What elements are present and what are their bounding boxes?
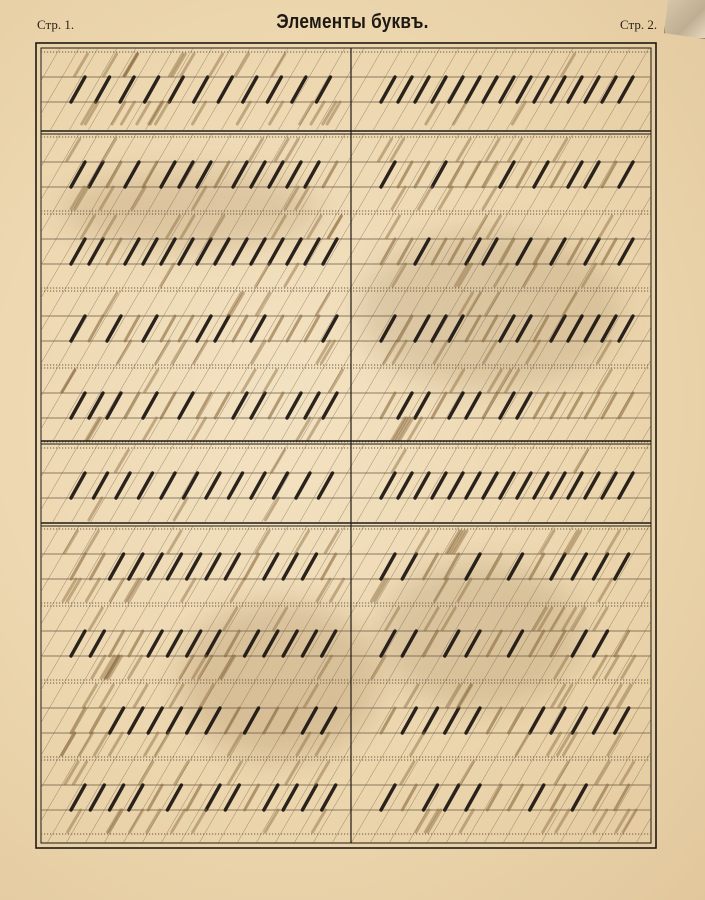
pen-stroke — [568, 77, 582, 102]
faded-practice-stroke — [265, 810, 278, 832]
pen-stroke — [487, 631, 501, 656]
pen-stroke — [466, 316, 480, 341]
pen-stroke — [319, 473, 333, 498]
pen-stroke — [179, 239, 193, 264]
pen-stroke — [615, 631, 629, 656]
pen-stroke — [483, 162, 497, 187]
faded-practice-stroke — [193, 418, 206, 440]
pen-stroke — [107, 393, 121, 418]
faded-practice-stroke — [193, 102, 206, 124]
pen-stroke — [568, 473, 582, 498]
pen-stroke — [302, 631, 316, 656]
pen-stroke — [129, 631, 143, 656]
faded-practice-stroke — [181, 216, 194, 238]
pen-stroke — [381, 554, 395, 579]
faded-practice-stroke — [606, 531, 619, 553]
pen-stroke — [517, 77, 531, 102]
pen-stroke — [381, 162, 395, 187]
faded-practice-stroke — [583, 264, 596, 286]
pen-stroke — [424, 631, 438, 656]
pen-stroke — [585, 316, 599, 341]
pen-stroke — [432, 473, 446, 498]
pen-stroke — [169, 77, 183, 102]
pen-stroke — [206, 708, 220, 733]
pen-stroke — [283, 631, 297, 656]
pen-stroke — [71, 316, 85, 341]
faded-practice-stroke — [236, 54, 249, 76]
pen-stroke — [120, 77, 134, 102]
faded-practice-stroke — [132, 187, 145, 209]
pen-stroke — [483, 473, 497, 498]
pen-stroke — [424, 785, 438, 810]
pen-stroke — [572, 785, 586, 810]
pen-stroke — [283, 785, 297, 810]
pen-stroke — [110, 708, 124, 733]
pen-stroke — [602, 162, 616, 187]
pen-stroke — [585, 393, 599, 418]
faded-practice-stroke — [85, 531, 98, 553]
pen-stroke — [148, 785, 162, 810]
faded-practice-stroke — [220, 656, 233, 678]
pen-stroke — [245, 785, 259, 810]
pen-stroke — [398, 393, 412, 418]
faded-practice-stroke — [623, 810, 636, 832]
faded-practice-stroke — [156, 733, 169, 755]
faded-practice-stroke — [180, 656, 193, 678]
faded-practice-stroke — [172, 341, 185, 363]
pen-stroke — [619, 393, 633, 418]
pen-stroke — [487, 708, 501, 733]
faded-practice-stroke — [129, 656, 142, 678]
pen-stroke — [602, 393, 616, 418]
pen-stroke — [251, 473, 265, 498]
pen-stroke — [125, 393, 139, 418]
pen-stroke — [466, 785, 480, 810]
pen-stroke — [292, 77, 306, 102]
pen-stroke — [302, 554, 316, 579]
pen-stroke — [148, 631, 162, 656]
faded-practice-stroke — [599, 579, 612, 601]
faded-practice-stroke — [272, 450, 285, 472]
faded-practice-stroke — [392, 450, 405, 472]
pen-stroke — [148, 554, 162, 579]
pen-stroke — [551, 316, 565, 341]
pen-stroke — [129, 708, 143, 733]
pen-stroke — [500, 77, 514, 102]
faded-practice-stroke — [237, 102, 250, 124]
pen-stroke — [245, 554, 259, 579]
faded-practice-stroke — [89, 608, 102, 630]
pen-stroke — [269, 162, 283, 187]
pen-stroke — [466, 473, 480, 498]
pen-stroke — [90, 554, 104, 579]
faded-practice-stroke — [555, 762, 568, 784]
pen-stroke — [305, 393, 319, 418]
faded-practice-stroke — [454, 102, 467, 124]
pen-stroke — [424, 708, 438, 733]
pen-stroke — [145, 77, 159, 102]
faded-practice-stroke — [426, 102, 439, 124]
faded-practice-stroke — [137, 102, 150, 124]
faded-practice-stroke — [483, 187, 496, 209]
faded-practice-stroke — [428, 810, 441, 832]
faded-practice-stroke — [161, 264, 174, 286]
pen-stroke — [415, 316, 429, 341]
faded-practice-stroke — [516, 733, 529, 755]
faded-practice-stroke — [325, 531, 338, 553]
pen-stroke — [251, 393, 265, 418]
pen-stroke — [143, 393, 157, 418]
pen-stroke — [225, 708, 239, 733]
pen-stroke — [449, 162, 463, 187]
pen-stroke — [402, 708, 416, 733]
faded-practice-stroke — [110, 579, 123, 601]
pen-stroke — [89, 393, 103, 418]
faded-practice-stroke — [128, 579, 141, 601]
pen-stroke — [225, 785, 239, 810]
pen-stroke — [161, 162, 175, 187]
pen-stroke — [415, 393, 429, 418]
pen-stroke — [534, 473, 548, 498]
faded-practice-stroke — [67, 139, 80, 161]
pen-stroke — [619, 239, 633, 264]
pen-stroke — [551, 554, 565, 579]
faded-practice-stroke — [598, 341, 611, 363]
pen-stroke — [381, 316, 395, 341]
pen-stroke — [233, 316, 247, 341]
pen-stroke — [568, 239, 582, 264]
pen-stroke — [71, 77, 85, 102]
pen-stroke — [551, 393, 565, 418]
pen-stroke — [194, 77, 208, 102]
pen-stroke — [602, 77, 616, 102]
faded-practice-stroke — [86, 579, 99, 601]
pen-stroke — [594, 554, 608, 579]
pen-stroke — [269, 393, 283, 418]
faded-practice-stroke — [145, 370, 158, 392]
pen-stroke — [148, 708, 162, 733]
pen-stroke — [251, 316, 265, 341]
pen-stroke — [466, 708, 480, 733]
pen-stroke — [398, 473, 412, 498]
faded-practice-stroke — [598, 370, 611, 392]
pen-stroke — [71, 393, 85, 418]
faded-practice-stroke — [486, 293, 499, 315]
faded-practice-stroke — [555, 656, 568, 678]
pen-stroke — [500, 393, 514, 418]
faded-practice-stroke — [621, 762, 634, 784]
pen-stroke — [264, 785, 278, 810]
pen-stroke — [206, 631, 220, 656]
pen-stroke — [187, 708, 201, 733]
pen-stroke — [551, 239, 565, 264]
faded-practice-stroke — [435, 579, 448, 601]
pen-stroke — [530, 554, 544, 579]
faded-practice-stroke — [103, 216, 116, 238]
faded-practice-stroke — [330, 370, 343, 392]
pen-stroke — [619, 77, 633, 102]
pen-stroke — [572, 631, 586, 656]
pen-stroke — [483, 77, 497, 102]
pen-stroke — [322, 708, 336, 733]
faded-practice-stroke — [224, 608, 237, 630]
pen-stroke — [534, 239, 548, 264]
faded-practice-stroke — [425, 608, 438, 630]
faded-practice-stroke — [487, 216, 500, 238]
pen-stroke — [167, 631, 181, 656]
pen-stroke — [197, 162, 211, 187]
pen-stroke — [449, 393, 463, 418]
faded-practice-stroke — [94, 733, 107, 755]
faded-practice-stroke — [143, 418, 156, 440]
faded-practice-stroke — [175, 762, 188, 784]
faded-practice-stroke — [104, 293, 117, 315]
pen-stroke — [305, 162, 319, 187]
faded-practice-stroke — [551, 608, 564, 630]
pen-stroke — [125, 162, 139, 187]
faded-practice-stroke — [386, 216, 399, 238]
pen-stroke — [509, 708, 523, 733]
pen-stroke — [197, 393, 211, 418]
pen-stroke — [551, 631, 565, 656]
pen-stroke — [466, 631, 480, 656]
pen-stroke — [90, 631, 104, 656]
faded-practice-stroke — [328, 216, 341, 238]
pen-stroke — [71, 554, 85, 579]
pen-stroke — [509, 631, 523, 656]
pen-stroke — [415, 162, 429, 187]
pen-stroke — [233, 239, 247, 264]
pen-stroke — [585, 239, 599, 264]
pen-stroke — [184, 473, 198, 498]
faded-practice-stroke — [231, 579, 244, 601]
pen-stroke — [381, 631, 395, 656]
pen-stroke — [110, 631, 124, 656]
pen-stroke — [107, 162, 121, 187]
faded-practice-stroke — [596, 762, 609, 784]
pen-stroke — [215, 393, 229, 418]
pen-stroke — [619, 473, 633, 498]
pen-stroke — [500, 162, 514, 187]
slant-guides — [0, 48, 705, 130]
pen-stroke — [615, 708, 629, 733]
faded-practice-stroke — [62, 370, 75, 392]
pen-stroke — [534, 393, 548, 418]
pen-stroke — [245, 631, 259, 656]
pen-stroke — [619, 162, 633, 187]
pen-stroke — [509, 554, 523, 579]
pen-stroke — [594, 708, 608, 733]
pen-stroke — [283, 554, 297, 579]
pen-stroke — [71, 785, 85, 810]
faded-practice-stroke — [313, 810, 326, 832]
faded-practice-stroke — [89, 498, 102, 520]
faded-practice-stroke — [193, 187, 206, 209]
faded-practice-stroke — [405, 685, 418, 707]
faded-practice-stroke — [556, 810, 569, 832]
pen-stroke — [302, 785, 316, 810]
pen-stroke — [415, 239, 429, 264]
pen-stroke — [530, 631, 544, 656]
pen-stroke — [322, 785, 336, 810]
faded-practice-stroke — [256, 264, 269, 286]
pen-stroke — [225, 631, 239, 656]
pen-stroke — [287, 393, 301, 418]
pen-stroke — [487, 785, 501, 810]
faded-practice-stroke — [256, 293, 269, 315]
faded-practice-stroke — [379, 139, 392, 161]
pen-stroke — [89, 316, 103, 341]
pen-stroke — [602, 473, 616, 498]
faded-practice-stroke — [541, 531, 554, 553]
faded-practice-stroke — [104, 54, 117, 76]
pen-stroke — [381, 239, 395, 264]
pen-stroke — [269, 239, 283, 264]
faded-practice-stroke — [401, 762, 414, 784]
faded-practice-stroke — [484, 341, 497, 363]
pen-stroke — [116, 473, 130, 498]
faded-practice-stroke — [319, 656, 332, 678]
pen-stroke — [432, 393, 446, 418]
pen-stroke — [110, 554, 124, 579]
pen-stroke — [551, 785, 565, 810]
pen-stroke — [287, 162, 301, 187]
pen-stroke — [305, 239, 319, 264]
pen-stroke — [445, 631, 459, 656]
pen-stroke — [487, 554, 501, 579]
faded-practice-stroke — [64, 531, 77, 553]
faded-practice-stroke — [109, 810, 122, 832]
pen-stroke — [125, 239, 139, 264]
faded-practice-stroke — [509, 139, 522, 161]
pen-stroke — [402, 631, 416, 656]
pen-stroke — [71, 473, 85, 498]
pen-stroke — [445, 554, 459, 579]
faded-practice-stroke — [109, 733, 122, 755]
faded-practice-stroke — [140, 762, 153, 784]
pen-stroke — [161, 316, 175, 341]
pen-stroke — [215, 162, 229, 187]
faded-practice-stroke — [419, 187, 432, 209]
faded-practice-stroke — [174, 498, 187, 520]
faded-practice-stroke — [559, 685, 572, 707]
pen-stroke — [466, 554, 480, 579]
pen-stroke — [94, 473, 108, 498]
pen-stroke — [534, 162, 548, 187]
faded-practice-stroke — [460, 762, 473, 784]
faded-practice-stroke — [451, 370, 464, 392]
pen-stroke — [107, 239, 121, 264]
pen-stroke — [206, 554, 220, 579]
pen-stroke — [233, 393, 247, 418]
faded-practice-stroke — [594, 608, 607, 630]
faded-practice-stroke — [447, 685, 460, 707]
faded-practice-stroke — [75, 54, 88, 76]
faded-practice-stroke — [193, 810, 206, 832]
pen-stroke — [229, 473, 243, 498]
pen-stroke — [483, 316, 497, 341]
pen-stroke — [445, 785, 459, 810]
pen-stroke — [215, 239, 229, 264]
faded-practice-stroke — [100, 685, 113, 707]
pen-stroke — [161, 473, 175, 498]
pen-stroke — [206, 473, 220, 498]
pen-stroke — [466, 393, 480, 418]
faded-practice-stroke — [272, 54, 285, 76]
faded-practice-stroke — [62, 733, 75, 755]
pen-stroke — [264, 554, 278, 579]
faded-practice-stroke — [605, 656, 618, 678]
pen-stroke — [283, 708, 297, 733]
pen-stroke — [381, 708, 395, 733]
faded-practice-stroke — [182, 579, 195, 601]
faded-practice-stroke — [118, 341, 131, 363]
pen-stroke — [251, 239, 265, 264]
pen-stroke — [179, 162, 193, 187]
faded-practice-stroke — [274, 608, 287, 630]
pen-stroke — [269, 316, 283, 341]
pen-stroke — [71, 708, 85, 733]
faded-practice-stroke — [512, 102, 525, 124]
pen-stroke — [449, 239, 463, 264]
faded-practice-stroke — [134, 685, 147, 707]
pen-stroke — [466, 77, 480, 102]
pen-stroke — [264, 631, 278, 656]
pen-stroke — [551, 708, 565, 733]
faded-practice-stroke — [130, 810, 143, 832]
faded-practice-stroke — [434, 341, 447, 363]
pen-stroke — [129, 554, 143, 579]
pen-stroke — [615, 554, 629, 579]
faded-practice-stroke — [228, 293, 241, 315]
calligraphy-worksheet — [0, 0, 705, 900]
pen-stroke — [274, 473, 288, 498]
pen-stroke — [264, 708, 278, 733]
pen-stroke — [517, 162, 531, 187]
faded-practice-stroke — [527, 341, 540, 363]
pen-stroke — [432, 162, 446, 187]
pen-stroke — [143, 162, 157, 187]
pen-stroke — [483, 239, 497, 264]
faded-practice-stroke — [304, 685, 317, 707]
faded-practice-stroke — [474, 216, 487, 238]
pen-stroke — [233, 162, 247, 187]
faded-practice-stroke — [608, 733, 621, 755]
pen-stroke — [432, 77, 446, 102]
faded-practice-stroke — [486, 139, 499, 161]
pen-stroke — [96, 77, 110, 102]
pen-stroke — [139, 473, 153, 498]
pen-stroke — [398, 316, 412, 341]
faded-practice-stroke — [249, 139, 262, 161]
pen-stroke — [594, 631, 608, 656]
faded-practice-stroke — [231, 293, 244, 315]
pen-stroke — [179, 393, 193, 418]
pen-stroke — [615, 785, 629, 810]
pen-stroke — [143, 316, 157, 341]
pen-stroke — [483, 393, 497, 418]
pen-stroke — [167, 785, 181, 810]
pen-stroke — [530, 785, 544, 810]
pen-stroke — [197, 239, 211, 264]
pen-stroke — [551, 162, 565, 187]
faded-practice-stroke — [81, 216, 94, 238]
pen-stroke — [107, 316, 121, 341]
faded-practice-stroke — [393, 264, 406, 286]
faded-practice-stroke — [311, 102, 324, 124]
pen-stroke — [323, 162, 337, 187]
pen-stroke — [402, 554, 416, 579]
